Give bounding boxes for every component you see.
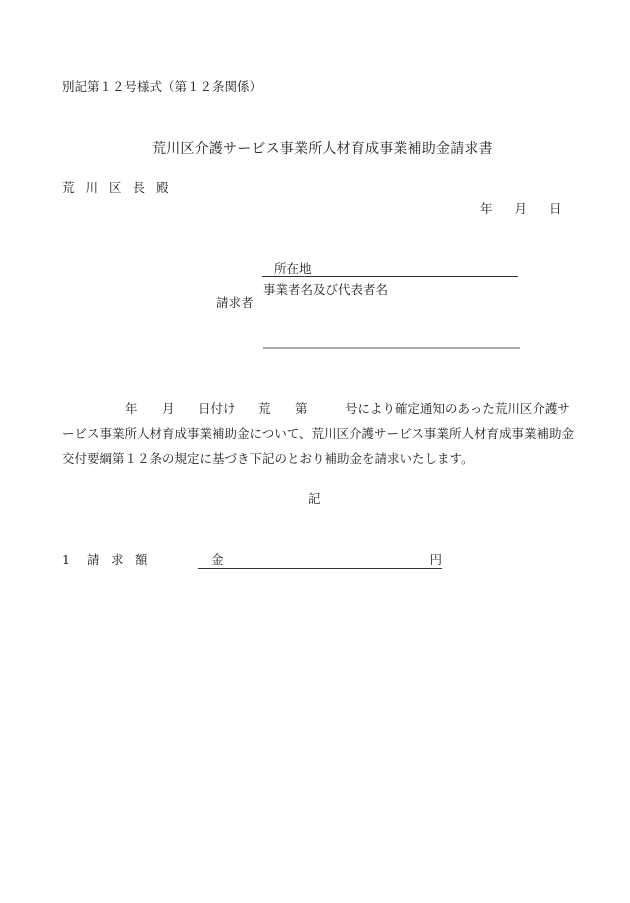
body-year: 年	[125, 403, 138, 416]
address-field[interactable]	[262, 276, 518, 277]
body-day: 日付け	[198, 403, 236, 416]
date-day: 日	[549, 203, 562, 216]
addressee-char: 殿	[156, 182, 169, 195]
date-line: 年月日	[480, 203, 562, 216]
addressee-char: 荒	[62, 182, 75, 195]
body-ara: 荒	[258, 403, 271, 416]
item-number: 1	[62, 554, 70, 567]
business-name-label: 事業者名及び代表者名	[263, 284, 388, 297]
claimant-label: 請求者	[216, 297, 254, 310]
body-rest: 号により確定通知のあった荒川区介護サ	[345, 403, 570, 416]
amount-suffix: 円	[429, 554, 442, 567]
addressee-char: 区	[109, 182, 122, 195]
address-label: 所在地	[274, 263, 312, 276]
date-month: 月	[515, 203, 528, 216]
body-line-2: ービス事業所人材育成事業補助金について、荒川区介護サービス事業所人材育成事業補助…	[62, 428, 574, 441]
business-name-field[interactable]	[263, 347, 520, 349]
addressee-char: 長	[133, 182, 146, 195]
body-line-3: 交付要綱第１２条の規定に基づき下記のとおり補助金を請求いたします。	[62, 453, 474, 466]
ki-heading: 記	[308, 493, 321, 506]
form-number: 別記第１２号様式（第１２条関係）	[62, 81, 262, 94]
body-month: 月	[162, 403, 175, 416]
claim-amount-field[interactable]: 金 円	[198, 554, 442, 569]
body-dai: 第	[295, 403, 308, 416]
document-title: 荒川区介護サービス事業所人材育成事業補助金請求書	[152, 142, 493, 156]
amount-prefix: 金	[211, 554, 224, 567]
addressee-char: 川	[86, 182, 99, 195]
date-year: 年	[480, 203, 493, 216]
addressee: 荒川区長殿	[62, 182, 180, 195]
